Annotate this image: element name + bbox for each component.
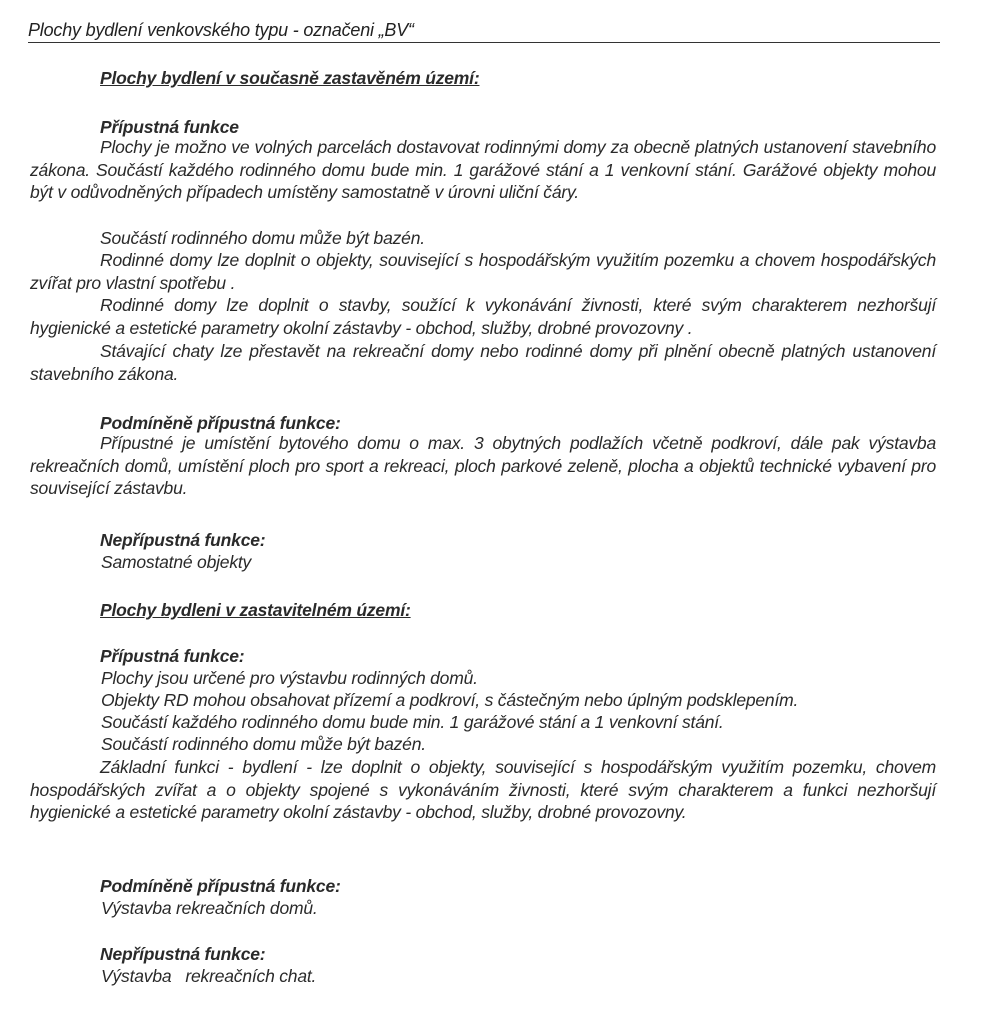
permitted-function-heading: Přípustná funkce [100, 117, 239, 138]
page-title: Plochy bydlení venkovského typu - označe… [28, 20, 940, 43]
list-line: Součástí rodinného domu může být bazén. [101, 734, 426, 755]
section-heading-current-area: Plochy bydlení v současně zastavěném úze… [100, 68, 479, 89]
paragraph: Výstavba rekreačních domů. [101, 898, 318, 919]
list-line: Součástí každého rodinného domu bude min… [101, 712, 724, 733]
paragraph: Samostatné objekty [101, 552, 251, 573]
paragraph: Rodinné domy lze doplnit o objekty, souv… [30, 249, 936, 294]
paragraph: Základní funkci - bydlení - lze doplnit … [30, 756, 936, 824]
prohibited-function-heading: Nepřípustná funkce: [100, 530, 265, 551]
conditional-function-heading: Podmíněně přípustná funkce: [100, 876, 341, 897]
section-heading-buildable-area: Plochy bydleni v zastavitelném území: [100, 600, 411, 621]
paragraph: Rodinné domy lze doplnit o stavby, souží… [30, 294, 936, 339]
paragraph: Přípustné je umístění bytového domu o ma… [30, 432, 936, 500]
paragraph: Součástí rodinného domu může být bazén. [30, 227, 936, 250]
paragraph: Výstavba rekreačních chat. [101, 966, 316, 987]
prohibited-function-heading: Nepřípustná funkce: [100, 944, 265, 965]
permitted-function-heading: Přípustná funkce: [100, 646, 244, 667]
conditional-function-heading: Podmíněně přípustná funkce: [100, 413, 341, 434]
list-line: Objekty RD mohou obsahovat přízemí a pod… [101, 690, 798, 711]
list-line: Plochy jsou určené pro výstavbu rodinnýc… [101, 668, 478, 689]
paragraph: Plochy je možno ve volných parcelách dos… [30, 136, 936, 204]
paragraph: Stávající chaty lze přestavět na rekreač… [30, 340, 936, 385]
